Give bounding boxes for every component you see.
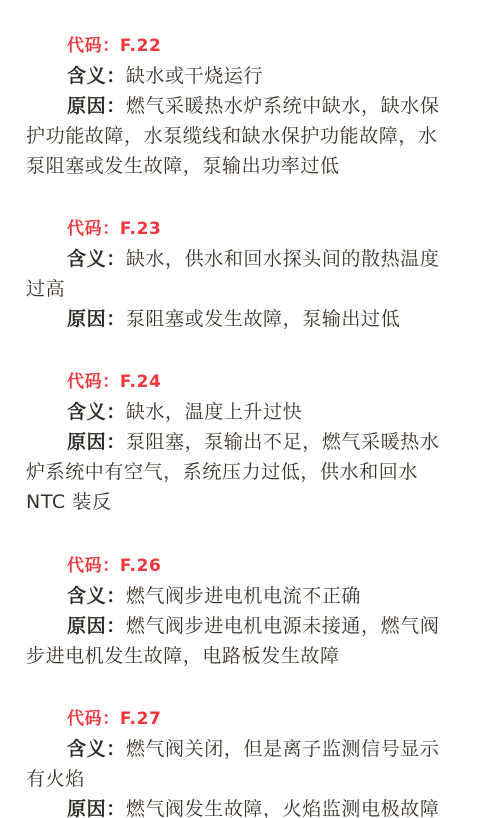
cause-text-continued: 泵阻塞或发生故障，泵输出功率过低: [26, 151, 476, 181]
meaning-text: 缺水或干烧运行: [126, 65, 263, 87]
cause-label: 原因：: [67, 431, 126, 453]
fault-entry-f23: 代码：F.23 含义：缺水，供水和回水探头间的散热温度 过高 原因：泵阻塞或发生…: [26, 214, 476, 334]
code-heading: 代码：F.26: [26, 551, 476, 581]
meaning-text: 缺水，温度上升过快: [126, 401, 302, 423]
cause-text-continued: 步进电机发生故障，电路板发生故障: [26, 641, 476, 671]
meaning-text: 缺水，供水和回水探头间的散热温度: [126, 248, 440, 270]
cause-line: 原因：燃气阀发生故障，火焰监测电极故障: [26, 794, 476, 818]
cause-text: 燃气采暖热水炉系统中缺水，缺水保: [126, 95, 440, 117]
code-heading: 代码：F.23: [26, 214, 476, 244]
code-label: 代码：: [67, 372, 120, 392]
cause-line: 原因：燃气阀步进电机电源未接通，燃气阀: [26, 611, 476, 641]
meaning-line: 含义：缺水或干烧运行: [26, 61, 476, 91]
fault-entry-f22: 代码：F.22 含义：缺水或干烧运行 原因：燃气采暖热水炉系统中缺水，缺水保 护…: [26, 31, 476, 181]
cause-label: 原因：: [67, 308, 126, 330]
meaning-line: 含义：燃气阀步进电机电流不正确: [26, 581, 476, 611]
meaning-line: 含义：缺水，供水和回水探头间的散热温度: [26, 244, 476, 274]
meaning-label: 含义：: [67, 585, 126, 607]
code-value: F.27: [120, 709, 162, 729]
code-heading: 代码：F.27: [26, 704, 476, 734]
meaning-line: 含义：缺水，温度上升过快: [26, 397, 476, 427]
meaning-line: 含义：燃气阀关闭，但是离子监测信号显示: [26, 734, 476, 764]
code-label: 代码：: [67, 556, 120, 576]
cause-text-continued: 炉系统中有空气，系统压力过低，供水和回水: [26, 457, 476, 487]
cause-line: 原因：泵阻塞，泵输出不足，燃气采暖热水: [26, 427, 476, 457]
code-value: F.23: [120, 219, 162, 239]
cause-text-continued: NTC 装反: [26, 487, 476, 517]
cause-label: 原因：: [67, 95, 126, 117]
meaning-label: 含义：: [67, 738, 126, 760]
code-value: F.24: [120, 372, 162, 392]
cause-text-continued: 护功能故障，水泵缆线和缺水保护功能故障，水: [26, 121, 476, 151]
cause-text: 泵阻塞，泵输出不足，燃气采暖热水: [126, 431, 440, 453]
meaning-text: 燃气阀步进电机电流不正确: [126, 585, 361, 607]
code-heading: 代码：F.22: [26, 31, 476, 61]
meaning-text-continued: 过高: [26, 274, 476, 304]
meaning-label: 含义：: [67, 65, 126, 87]
meaning-label: 含义：: [67, 401, 126, 423]
cause-text: 燃气阀发生故障，火焰监测电极故障: [126, 798, 440, 818]
code-value: F.22: [120, 36, 162, 56]
meaning-text: 燃气阀关闭，但是离子监测信号显示: [126, 738, 440, 760]
code-value: F.26: [120, 556, 162, 576]
code-label: 代码：: [67, 219, 120, 239]
fault-entry-f26: 代码：F.26 含义：燃气阀步进电机电流不正确 原因：燃气阀步进电机电源未接通，…: [26, 551, 476, 671]
fault-entry-f24: 代码：F.24 含义：缺水，温度上升过快 原因：泵阻塞，泵输出不足，燃气采暖热水…: [26, 367, 476, 517]
cause-text: 泵阻塞或发生故障，泵输出过低: [126, 308, 400, 330]
cause-line: 原因：燃气采暖热水炉系统中缺水，缺水保: [26, 91, 476, 121]
cause-label: 原因：: [67, 615, 126, 637]
code-heading: 代码：F.24: [26, 367, 476, 397]
meaning-text-continued: 有火焰: [26, 764, 476, 794]
meaning-label: 含义：: [67, 248, 126, 270]
cause-label: 原因：: [67, 798, 126, 818]
cause-line: 原因：泵阻塞或发生故障，泵输出过低: [26, 304, 476, 334]
cause-text: 燃气阀步进电机电源未接通，燃气阀: [126, 615, 440, 637]
fault-entry-f27: 代码：F.27 含义：燃气阀关闭，但是离子监测信号显示 有火焰 原因：燃气阀发生…: [26, 704, 476, 818]
code-label: 代码：: [67, 709, 120, 729]
code-label: 代码：: [67, 36, 120, 56]
